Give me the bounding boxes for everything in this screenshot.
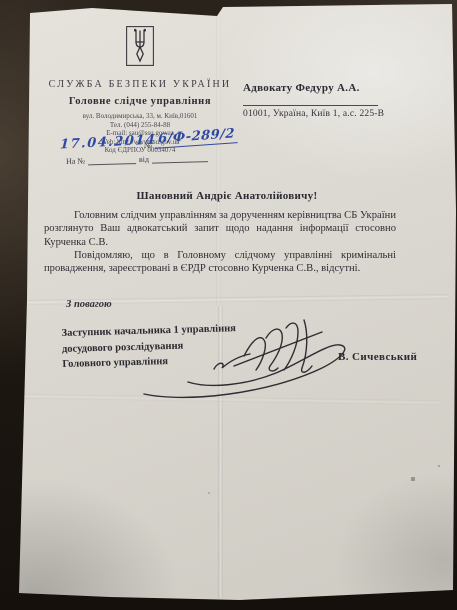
- letter-paper-sheet: СЛУЖБА БЕЗПЕКИ УКРАЇНИ Головне слідче уп…: [0, 0, 457, 610]
- photo-of-letter: { "photo": { "background_color": "#1d181…: [0, 0, 457, 610]
- recipient-block: Адвокату Федуру А.А. 01001, Україна, Киї…: [243, 82, 418, 119]
- body-paragraph-2: Повідомляю, що в Головному слідчому упра…: [44, 249, 396, 276]
- recipient-address: 01001, Україна, Київ 1, а.с. 225-В: [243, 109, 418, 119]
- handwritten-signature: [126, 310, 366, 415]
- ref-blank-date: [152, 153, 208, 163]
- recipient-divider: [243, 105, 378, 106]
- letter-body: Головним слідчим управлінням за дорученн…: [44, 209, 396, 275]
- body-paragraph-1: Головним слідчим управлінням за дорученн…: [44, 209, 396, 249]
- ref-label-na: На №: [66, 156, 85, 165]
- closing-regards: З повагою: [66, 299, 112, 310]
- incoming-ref-line: На №від: [66, 153, 211, 166]
- department-name: Головне слідче управління: [40, 96, 240, 107]
- salutation: Шановний Андріє Анатолійовичу!: [44, 190, 396, 202]
- ukraine-trident-emblem-icon: [126, 26, 154, 66]
- ref-blank-number: [88, 155, 136, 165]
- recipient-name: Адвокату Федуру А.А.: [243, 82, 418, 94]
- letterhead-address: вул. Володимирська, 33, м. Київ,01601: [40, 112, 240, 121]
- paper-speckles: [300, 460, 302, 462]
- org-name: СЛУЖБА БЕЗПЕКИ УКРАЇНИ: [40, 79, 240, 90]
- ref-label-vid: від: [139, 155, 149, 164]
